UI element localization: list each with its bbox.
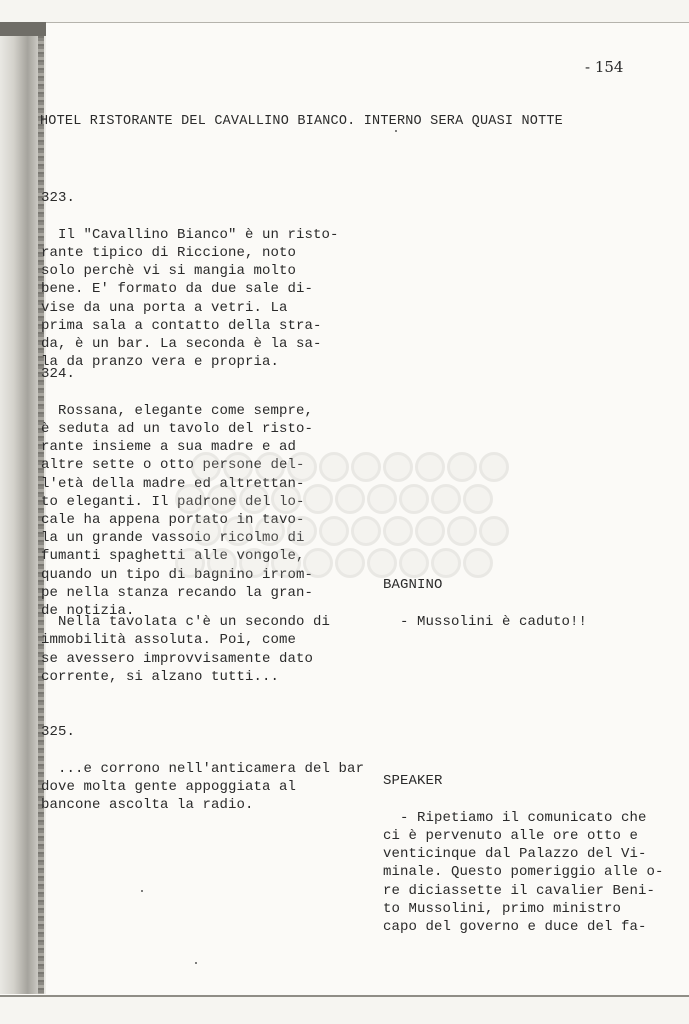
scene-description: ...e corrono nell'anticamera del bar dov…: [41, 761, 364, 813]
scene-325: 325. ...e corrono nell'anticamera del ba…: [41, 687, 364, 814]
scene-description: Rossana, elegante come sempre, è seduta …: [41, 403, 313, 619]
scene-number: 323.: [41, 189, 339, 207]
scene-number: 324.: [41, 365, 313, 383]
dialogue-line: - Mussolini è caduto!!: [400, 614, 587, 630]
paper-speck: [395, 130, 397, 132]
scene-number: 325.: [41, 723, 364, 741]
scene-description: Nella tavolata c'è un secondo di immobil…: [41, 614, 330, 685]
scene-heading: HOTEL RISTORANTE DEL CAVALLINO BIANCO. I…: [40, 114, 563, 129]
dialogue-line: - Ripetiamo il comunicato che ci è perve…: [383, 810, 664, 935]
scene-324: 324. Rossana, elegante come sempre, è se…: [41, 329, 313, 620]
scene-324-continued: Nella tavolata c'è un secondo di immobil…: [41, 595, 330, 686]
paper-speck: [141, 890, 143, 892]
page-binding-corner: [0, 22, 46, 36]
character-name: SPEAKER: [383, 772, 664, 790]
character-name: BAGNINO: [383, 576, 587, 594]
dialogue-bagnino: BAGNINO - Mussolini è caduto!!: [383, 540, 587, 631]
page-number: - 154: [585, 58, 623, 76]
dialogue-speaker: SPEAKER - Ripetiamo il comunicato che ci…: [383, 736, 664, 936]
paper-speck: [195, 962, 197, 964]
